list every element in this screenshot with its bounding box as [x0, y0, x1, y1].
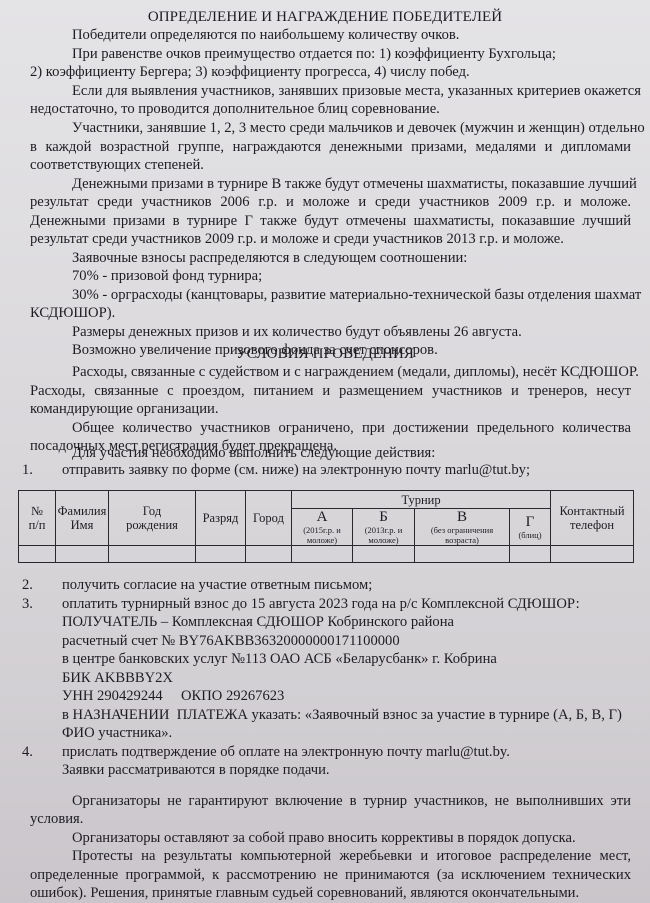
payment-unn-okpo: УНН 290429244 ОКПО 29267623 — [62, 688, 632, 705]
paragraph-line: недостаточно, то проводится дополнительн… — [30, 101, 631, 118]
paragraph-line: ошибок). Решения, принятые главным судье… — [30, 885, 631, 902]
paragraph-line: Размеры денежных призов и их количество … — [72, 324, 631, 341]
paragraph-line: определенные программой, к рассмотрению … — [30, 867, 631, 884]
paragraph-line: КСДЮШОР). — [30, 305, 631, 322]
table-cell — [56, 546, 109, 563]
applications-note: Заявки рассматриваются в порядке подачи. — [62, 762, 632, 779]
paragraph-line: Организаторы не гарантируют включение в … — [72, 793, 631, 810]
payment-recipient: ПОЛУЧАТЕЛЬ – Комплексная СДЮШОР Кобринск… — [62, 614, 632, 631]
payment-purpose: в НАЗНАЧЕНИИ ПЛАТЕЖА указать: «Заявочный… — [62, 707, 632, 724]
header-birth-year: Годрождения — [109, 491, 196, 546]
table-row — [19, 546, 634, 563]
paragraph-line: в каждой возрастной группе, награждаются… — [30, 139, 631, 156]
paragraph-line: Общее количество участников ограничено, … — [72, 420, 631, 437]
paragraph-line: Организаторы оставляют за собой право вн… — [72, 830, 631, 847]
header-rank: Разряд — [196, 491, 246, 546]
table-cell — [415, 546, 510, 563]
step-text: прислать подтверждение об оплате на элек… — [62, 744, 632, 761]
header-tournament-a: А (2015г.р. и моложе) — [292, 509, 353, 546]
paragraph-line: Денежными призами в турнире Г также буду… — [30, 213, 631, 230]
payment-purpose-cont: ФИО участника». — [62, 725, 632, 742]
step-number: 4. — [22, 744, 33, 761]
header-phone: Контактныйтелефон — [551, 491, 634, 546]
registration-form-table: №п/п ФамилияИмя Годрождения Разряд Город… — [18, 490, 634, 563]
header-tournament-g: Г (блиц) — [510, 509, 551, 546]
step-text: оплатить турнирный взнос до 15 августа 2… — [62, 596, 632, 613]
paragraph-line: 70% - призовой фонд турнира; — [72, 268, 631, 285]
table-cell — [292, 546, 353, 563]
header-num: №п/п — [19, 491, 56, 546]
paragraph-line: Победители определяются по наибольшему к… — [72, 27, 631, 44]
step-number: 3. — [22, 596, 33, 613]
step-number: 1. — [22, 462, 33, 479]
paragraph-line: Протесты на результаты компьютерной жере… — [72, 848, 631, 865]
paragraph-line: Расходы, связанные с судейством и с нагр… — [72, 364, 631, 381]
paragraph-line: Если для выявления участников, занявших … — [72, 83, 631, 100]
section-title-conditions: УСЛОВИЯ ПРОВЕДЕНИЯ — [0, 346, 650, 363]
step-text: получить согласие на участие ответным пи… — [62, 577, 632, 594]
paragraph-line: соответствующих степеней. — [30, 157, 631, 174]
table-cell — [353, 546, 415, 563]
paragraph-line: Для участия необходимо выполнить следующ… — [72, 445, 631, 462]
paragraph-line: Участники, занявшие 1, 2, 3 место среди … — [72, 120, 631, 137]
paragraph-line: При равенстве очков преимущество отдаетс… — [72, 46, 631, 63]
step-number: 2. — [22, 577, 33, 594]
header-tournament-v: В (без ограничения возраста) — [415, 509, 510, 546]
paragraph-line: Денежными призами в турнире В также буду… — [72, 176, 631, 193]
payment-bank: в центре банковских услуг №113 ОАО АСБ «… — [62, 651, 632, 668]
payment-bik: БИК AKBBBY2X — [62, 670, 632, 687]
table-cell — [109, 546, 196, 563]
paragraph-line: командирующие организации. — [30, 401, 631, 418]
table-cell — [551, 546, 634, 563]
table-cell — [19, 546, 56, 563]
section-title-winners: ОПРЕДЕЛЕНИЕ И НАГРАЖДЕНИЕ ПОБЕДИТЕЛЕЙ — [0, 9, 650, 26]
header-tournament-b: Б (2013г.р. и моложе) — [353, 509, 415, 546]
header-name: ФамилияИмя — [56, 491, 109, 546]
header-city: Город — [246, 491, 292, 546]
paragraph-line: Заявочные взносы распределяются в следую… — [72, 250, 631, 267]
table-cell — [246, 546, 292, 563]
paragraph-line: 30% - орграсходы (канцтовары, развитие м… — [72, 287, 631, 304]
table-cell — [196, 546, 246, 563]
header-tournament: Турнир — [292, 491, 551, 509]
step-text: отправить заявку по форме (см. ниже) на … — [62, 462, 632, 479]
paragraph-line: 2) коэффициенту Бергера; 3) коэффициенту… — [30, 64, 631, 81]
paragraph-line: Расходы, связанные с проездом, питанием … — [30, 383, 631, 400]
paragraph-line: результат среди участников 2009 г.р. и м… — [30, 231, 631, 248]
payment-account: расчетный счет № BY76AKBB363200000001711… — [62, 633, 632, 650]
table-cell — [510, 546, 551, 563]
paragraph-line: условия. — [30, 811, 631, 828]
paragraph-line: результат среди участников 2006 г.р. и м… — [30, 194, 631, 211]
